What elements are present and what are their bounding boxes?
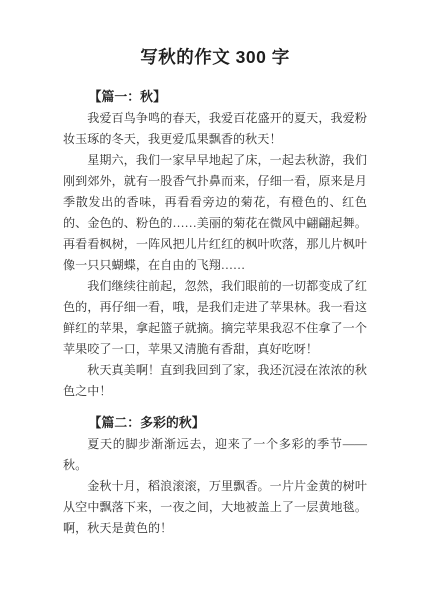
essay-one-heading: 【篇一：秋】 bbox=[63, 87, 367, 108]
page-title: 写秋的作文 300 字 bbox=[63, 44, 367, 70]
essay-one-paragraph-3: 我们继续往前起，忽然，我们眼前的一切都变成了红色的，再仔细一看，哦，是我们走进了… bbox=[63, 276, 367, 360]
essay-one-paragraph-4: 秋天真美啊！直到我回到了家，我还沉浸在浓浓的秋色之中！ bbox=[63, 360, 367, 402]
document-page: 写秋的作文 300 字 【篇一：秋】 我爱百鸟争鸣的春天，我爱百花盛开的夏天，我… bbox=[0, 0, 424, 600]
essay-two-paragraph-1: 夏天的脚步渐渐远去，迎来了一个多彩的季节——秋。 bbox=[63, 434, 367, 476]
essay-two-paragraph-2: 金秋十月，稻浪滚滚，万里飘香。一片片金黄的树叶从空中飘落下来，一夜之间，大地被盖… bbox=[63, 476, 367, 539]
essay-two-heading: 【篇二：多彩的秋】 bbox=[63, 413, 367, 434]
essay-one-paragraph-1: 我爱百鸟争鸣的春天，我爱百花盛开的夏天，我爱粉妆玉琢的冬天，我更爱瓜果飘香的秋天… bbox=[63, 108, 367, 150]
essay-two: 【篇二：多彩的秋】 夏天的脚步渐渐远去，迎来了一个多彩的季节——秋。 金秋十月，… bbox=[63, 413, 367, 539]
essay-one-paragraph-2: 星期六，我们一家早早地起了床，一起去秋游，我们刚到郊外，就有一股香气扑鼻而来，仔… bbox=[63, 150, 367, 276]
essay-one: 【篇一：秋】 我爱百鸟争鸣的春天，我爱百花盛开的夏天，我爱粉妆玉琢的冬天，我更爱… bbox=[63, 87, 367, 402]
